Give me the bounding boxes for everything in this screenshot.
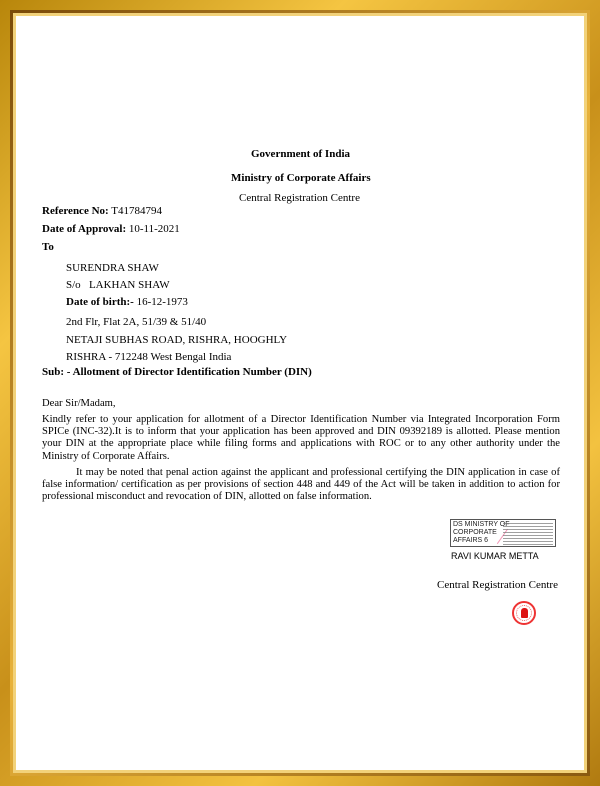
dob-label: Date of birth:- [66,296,134,308]
address-line-3: RISHRA - 712248 West Bengal India [66,351,231,363]
paragraph-penal-notice: It may be noted that penal action agains… [42,467,560,504]
signatory-name: RAVI KUMAR METTA [451,551,539,561]
salutation: Dear Sir/Madam, [42,398,116,409]
relation-prefix: S/o [66,279,81,291]
approval-date: Date of Approval: 10-11-2021 [42,223,180,235]
emblem-icon [521,608,528,618]
digital-signature-stamp: DS MINISTRY OF CORPORATE AFFAIRS 6 [450,519,556,547]
signatory-office: Central Registration Centre [437,579,558,591]
header-centre: Central Registration Centre [239,192,360,204]
header-government: Government of India [251,148,350,160]
approval-label: Date of Approval: [42,223,126,235]
relation-name: LAKHAN SHAW [89,279,170,291]
government-seal-icon [512,601,536,625]
signature-details [503,523,553,545]
reference-value: T41784794 [111,205,162,217]
recipient-relation: S/o LAKHAN SHAW [66,279,170,291]
reference-label: Reference No: [42,205,109,217]
document-paper [16,16,584,770]
dob-value: 16-12-1973 [137,296,188,308]
gold-frame [0,0,600,786]
address-line-2: NETAJI SUBHAS ROAD, RISHRA, HOOGHLY [66,334,287,346]
reference-number: Reference No: T41784794 [42,205,162,217]
subject-line: Sub: - Allotment of Director Identificat… [42,366,312,378]
address-line-1: 2nd Flr, Flat 2A, 51/39 & 51/40 [66,316,206,328]
to-label: To [42,241,54,253]
paragraph-din-allotment: Kindly refer to your application for all… [42,414,560,463]
recipient-dob: Date of birth:- 16-12-1973 [66,296,188,308]
approval-value: 10-11-2021 [129,223,180,235]
recipient-name: SURENDRA SHAW [66,262,159,274]
header-ministry: Ministry of Corporate Affairs [231,172,371,184]
